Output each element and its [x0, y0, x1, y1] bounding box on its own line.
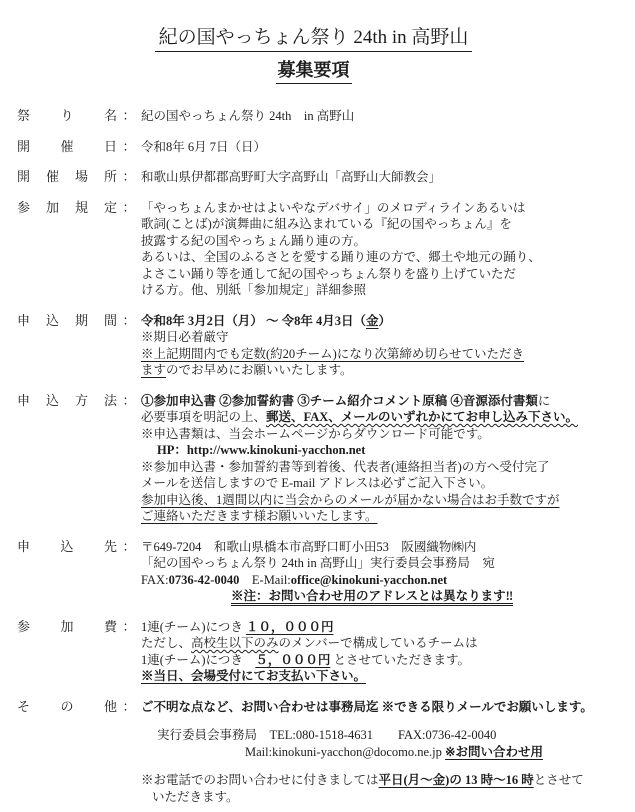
label-colon: ： — [117, 200, 141, 217]
text-segment: 1連(チーム)につき — [141, 620, 246, 634]
section-label: 祭り名 — [17, 108, 117, 125]
text-segment: 和歌山県伊都郡高野町大字高野山「高野山大師教会」 — [141, 170, 441, 184]
label-char: 催 — [60, 139, 73, 156]
label-colon: ： — [117, 108, 141, 125]
label-char: 方 — [75, 393, 88, 410]
text-segment: よさこい踊り等を通して紀の国やっちょん祭りを盛り上げていただ — [141, 267, 516, 281]
label-char: 費 — [104, 619, 117, 636]
label-char: 加 — [60, 619, 73, 636]
text-segment: 令和8年 6月 7日（日） — [141, 140, 266, 154]
label-char: 日 — [104, 139, 117, 156]
text-segment: 平日(月～金)の 13 時～16 時 — [379, 773, 534, 787]
text-segment: ※お電話でのお問い合わせに付きましては — [141, 773, 379, 787]
section-content: 和歌山県伊都郡高野町大字高野山「高野山大師教会」 — [141, 169, 627, 186]
text-line: ※期日必着厳守 — [141, 329, 627, 346]
label-char: 込 — [60, 539, 73, 556]
text-segment: Mail:kinokuni-yacchon@docomo.ne.jp — [245, 745, 445, 759]
text-line: 1連(チーム)につき ５，０００円 とさせていただきます。 — [141, 652, 627, 669]
text-segment: のメンバーで構成しているチームは — [279, 636, 478, 650]
text-line: あるいは、全国のふるさとを愛する踊り連の方で、郷土や地元の踊り、 — [141, 249, 627, 266]
label-char: 参 — [17, 619, 30, 636]
text-segment: １０，０００円 — [246, 620, 334, 634]
label-char: 加 — [46, 200, 59, 217]
label-char: 所 — [104, 169, 117, 186]
text-line: 令和8年 6月 7日（日） — [141, 139, 627, 156]
text-segment: ご連絡いただきます様お願いいたします。 — [141, 509, 378, 523]
document-subtitle: 募集要項 — [276, 59, 352, 84]
section-participation-fee: 参加費：1連(チーム)につき １０，０００円ただし、高校生以下のみのメンバーで構… — [0, 619, 627, 685]
text-segment: あるいは、全国のふるさとを愛する踊り連の方で、郷土や地元の踊り、 — [141, 250, 541, 264]
label-char: 申 — [17, 539, 30, 556]
section-event-date: 開催日：令和8年 6月 7日（日） — [0, 139, 627, 156]
label-char: 祭 — [17, 108, 30, 125]
text-line: ※注：お問い合わせ用のアドレスとは異なります‼ — [141, 588, 627, 605]
label-char: 名 — [104, 108, 117, 125]
text-segment: ５，０００円 — [255, 653, 330, 667]
label-colon: ： — [117, 539, 141, 556]
section-participation-rules: 参加規定：「やっちょんまかせはよいやなデバサイ」のメロディラインあるいは歌詞(こ… — [0, 200, 627, 299]
text-segment: 紀の国やっちょん祭り 24th in 高野山 — [141, 109, 354, 123]
text-line: ご連絡いただきます様お願いいたします。 — [141, 508, 627, 525]
text-segment: 参加申込後、1週間以内に当会からのメールが届かない場合はお手数ですが — [141, 493, 560, 507]
label-colon: ： — [117, 619, 141, 636]
label-char: 申 — [17, 313, 30, 330]
section-label: 開催日 — [17, 139, 117, 156]
label-char: 先 — [104, 539, 117, 556]
text-line: いただきます。 — [141, 789, 627, 806]
text-segment: ます — [141, 363, 166, 377]
text-line: 和歌山県伊都郡高野町大字高野山「高野山大師教会」 — [141, 169, 627, 186]
text-line: 実行委員会事務局 TEL:080-1518-4631 FAX:0736-42-0… — [141, 727, 627, 744]
section-label: 参加規定 — [17, 200, 117, 217]
text-segment: とさせて — [534, 773, 584, 787]
section-content: ①参加申込書 ②参加誓約書 ③チーム紹介コメント原稿 ④音源添付書類に必要事項を… — [141, 393, 627, 525]
label-char: 間 — [104, 313, 117, 330]
label-char: 期 — [75, 313, 88, 330]
section-content: ご不明な点など、お問い合わせは事務局迄 ※できる限りメールでお願いします。実行委… — [141, 699, 627, 806]
section-event-place: 開催場所：和歌山県伊都郡高野町大字高野山「高野山大師教会」 — [0, 169, 627, 186]
document-title: 紀の国やっちょん祭り 24th in 高野山 — [155, 26, 473, 52]
label-char: 込 — [46, 313, 59, 330]
text-line: ※申込書類は、当会ホームページからダウンロード可能です。 — [141, 426, 627, 443]
text-line: 紀の国やっちょん祭り 24th in 高野山 — [141, 108, 627, 125]
text-line: FAX:0736-42-0040 E-Mail:office@kinokuni-… — [141, 572, 627, 589]
section-content: 「やっちょんまかせはよいやなデバサイ」のメロディラインあるいは歌詞(ことば)が演… — [141, 200, 627, 299]
text-segment: とさせていただきます。 — [330, 653, 470, 667]
section-label: 開催場所 — [17, 169, 117, 186]
text-segment: いただきます。 — [152, 790, 239, 804]
label-char: そ — [17, 699, 30, 716]
text-segment: 「やっちょんまかせはよいやなデバサイ」のメロディラインあるいは — [141, 201, 526, 215]
text-segment: E-Mail: — [239, 573, 290, 587]
text-segment: 高校生以下のみ — [191, 636, 279, 650]
text-segment: 0736-42-0040 — [169, 573, 240, 587]
text-segment: ①参加申込書 ②参加誓約書 ③チーム紹介コメント原稿 ④音源添付書類 — [141, 394, 538, 408]
text-line: 歌詞(ことば)が演舞曲に組み込まれている『紀の国やっちょん』を — [141, 216, 627, 233]
label-char: 込 — [46, 393, 59, 410]
label-char: 規 — [75, 200, 88, 217]
label-char: 参 — [17, 200, 30, 217]
document-header: 紀の国やっちょん祭り 24th in 高野山 募集要項 — [0, 26, 627, 84]
text-line: ご不明な点など、お問い合わせは事務局迄 ※できる限りメールでお願いします。 — [141, 699, 627, 716]
text-segment: 1連(チーム)につき — [141, 653, 255, 667]
text-line: HP：http://www.kinokuni-yacchon.net — [141, 442, 627, 459]
text-line: 参加申込後、1週間以内に当会からのメールが届かない場合はお手数ですが — [141, 492, 627, 509]
text-line: 必要事項を明記の上、郵送、FAX、メールのいずれかにてお申し込み下さい。 — [141, 409, 627, 426]
text-segment: 歌詞(ことば)が演舞曲に組み込まれている『紀の国やっちょん』を — [141, 217, 512, 231]
label-colon: ： — [117, 169, 141, 186]
label-char: 場 — [75, 169, 88, 186]
text-segment: ※申込書類は、当会ホームページからダウンロード可能です。 — [141, 427, 490, 441]
text-segment: HP：http://www.kinokuni-yacchon.net — [157, 443, 365, 457]
text-segment: 「紀の国やっちょん祭り 24th in 高野山」実行委員会事務局 宛 — [141, 556, 495, 570]
text-line: ける方。他、別紙「参加規定」詳細参照 — [141, 282, 627, 299]
text-line: よさこい踊り等を通して紀の国やっちょん祭りを盛り上げていただ — [141, 266, 627, 283]
section-content: 令和8年 3月2日（月） ～ 令8年 4月3日（金）※期日必着厳守※上記期間内で… — [141, 313, 627, 379]
section-content: 令和8年 6月 7日（日） — [141, 139, 627, 156]
label-char: 法 — [104, 393, 117, 410]
text-segment: 〒649-7204 和歌山県橋本市高野口町小田53 阪國織物㈱内 — [141, 540, 476, 554]
text-line: 「紀の国やっちょん祭り 24th in 高野山」実行委員会事務局 宛 — [141, 555, 627, 572]
label-char: 開 — [17, 139, 30, 156]
text-line: Mail:kinokuni-yacchon@docomo.ne.jp ※お問い合… — [141, 744, 627, 761]
label-colon: ： — [117, 699, 141, 716]
section-content: 1連(チーム)につき １０，０００円ただし、高校生以下のみのメンバーで構成してい… — [141, 619, 627, 685]
label-char: 定 — [104, 200, 117, 217]
section-content: 紀の国やっちょん祭り 24th in 高野山 — [141, 108, 627, 125]
section-label: 申込先 — [17, 539, 117, 556]
text-segment: 実行委員会事務局 TEL:080-1518-4631 FAX:0736-42-0… — [157, 728, 496, 742]
text-segment: 披露する紀の国やっちょん踊り連の方。 — [141, 234, 366, 248]
document-page: 紀の国やっちょん祭り 24th in 高野山 募集要項 祭り名：紀の国やっちょん… — [0, 0, 635, 812]
sections: 祭り名：紀の国やっちょん祭り 24th in 高野山開催日：令和8年 6月 7日… — [0, 108, 627, 805]
text-segment: メールを送信しますので E-mail アドレスは必ずご記入下さい。 — [141, 476, 493, 490]
text-line: ①参加申込書 ②参加誓約書 ③チーム紹介コメント原稿 ④音源添付書類に — [141, 393, 627, 410]
text-segment: 金 — [366, 314, 379, 328]
label-char: 申 — [17, 393, 30, 410]
text-line: ※お電話でのお問い合わせに付きましては平日(月～金)の 13 時～16 時とさせ… — [141, 772, 627, 789]
label-char: り — [60, 108, 73, 125]
label-char: 催 — [46, 169, 59, 186]
text-segment: FAX: — [141, 573, 169, 587]
text-line: 〒649-7204 和歌山県橋本市高野口町小田53 阪國織物㈱内 — [141, 539, 627, 556]
text-line: ますのでお早めにお願いいたします。 — [141, 362, 627, 379]
text-segment: ける方。他、別紙「参加規定」詳細参照 — [141, 283, 366, 297]
text-line: 「やっちょんまかせはよいやなデバサイ」のメロディラインあるいは — [141, 200, 627, 217]
section-festival-name: 祭り名：紀の国やっちょん祭り 24th in 高野山 — [0, 108, 627, 125]
text-segment: ） — [379, 314, 392, 328]
section-content: 〒649-7204 和歌山県橋本市高野口町小田53 阪國織物㈱内「紀の国やっちょ… — [141, 539, 627, 605]
label-colon: ： — [117, 393, 141, 410]
label-char: の — [60, 699, 73, 716]
text-segment: ※当日、会場受付にてお支払い下さい。 — [141, 669, 366, 683]
section-application-address: 申込先：〒649-7204 和歌山県橋本市高野口町小田53 阪國織物㈱内「紀の国… — [0, 539, 627, 605]
text-line: ※上記期間内でも定数(約20チーム)になり次第締め切らせていただき — [141, 346, 627, 363]
label-char: 他 — [104, 699, 117, 716]
section-label: その他 — [17, 699, 117, 716]
text-segment: ご不明な点など、お問い合わせは事務局迄 ※できる限りメールでお願いします。 — [141, 700, 593, 714]
text-segment: 郵送、FAX、メールのいずれかにてお申し込み下さい。 — [266, 410, 578, 424]
section-application-method: 申込方法：①参加申込書 ②参加誓約書 ③チーム紹介コメント原稿 ④音源添付書類に… — [0, 393, 627, 525]
text-line: ただし、高校生以下のみのメンバーで構成しているチームは — [141, 635, 627, 652]
text-segment: ※注：お問い合わせ用のアドレスとは異なります‼ — [231, 589, 513, 606]
label-colon: ： — [117, 139, 141, 156]
text-segment: 令和8年 3月2日（月） ～ 令8年 4月3日（ — [141, 314, 366, 328]
section-other: その他：ご不明な点など、お問い合わせは事務局迄 ※できる限りメールでお願いします… — [0, 699, 627, 806]
text-segment: 必要事項を明記の上、 — [141, 410, 266, 424]
section-application-period: 申込期間：令和8年 3月2日（月） ～ 令8年 4月3日（金）※期日必着厳守※上… — [0, 313, 627, 379]
text-segment: ※期日必着厳守 — [141, 330, 229, 344]
text-line: ※参加申込書・参加誓約書等到着後、代表者(連絡担当者)の方へ受付完了 — [141, 459, 627, 476]
text-segment: に — [538, 394, 551, 408]
label-char: 開 — [17, 169, 30, 186]
text-line: ※当日、会場受付にてお支払い下さい。 — [141, 668, 627, 685]
text-segment: ※参加申込書・参加誓約書等到着後、代表者(連絡担当者)の方へ受付完了 — [141, 460, 549, 474]
text-segment: office@kinokuni-yacchon.net — [291, 573, 447, 587]
label-colon: ： — [117, 313, 141, 330]
text-line: 1連(チーム)につき １０，０００円 — [141, 619, 627, 636]
text-segment: ただし、 — [141, 636, 191, 650]
text-line: メールを送信しますので E-mail アドレスは必ずご記入下さい。 — [141, 475, 627, 492]
text-line: 令和8年 3月2日（月） ～ 令8年 4月3日（金） — [141, 313, 627, 330]
section-label: 申込期間 — [17, 313, 117, 330]
text-segment: のでお早めにお願いいたします。 — [166, 363, 353, 377]
text-line: 披露する紀の国やっちょん踊り連の方。 — [141, 233, 627, 250]
text-segment: ※上記期間内でも定数(約20チーム)になり次第締め切らせていただき — [141, 347, 524, 361]
section-label: 申込方法 — [17, 393, 117, 410]
section-label: 参加費 — [17, 619, 117, 636]
text-segment: ※お問い合わせ用 — [445, 745, 543, 759]
